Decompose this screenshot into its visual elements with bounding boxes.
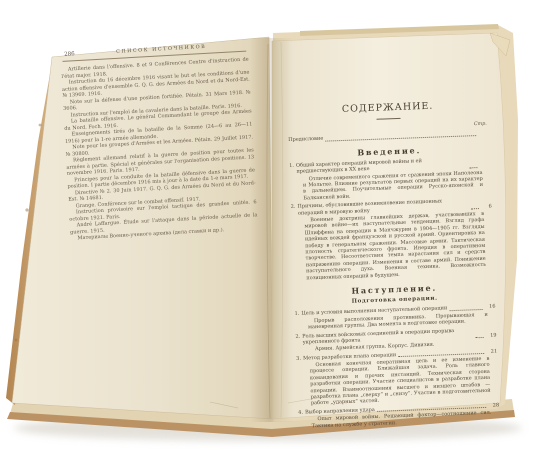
dot-leader [325,135,476,142]
right-page: СОДЕРЖАНИЕ. Стр. Предисловие Введение. 1… [287,99,500,432]
toc-item-page: 16 [484,304,495,311]
dot-leader [471,208,479,209]
toc-item: 2.Причины, обусловившие возникновение по… [291,197,495,282]
toc-item-annotation: Военные доктрины главнейших держав, учас… [304,211,486,281]
dot-leader [469,167,477,168]
preface-label: Предисловие [288,136,323,144]
toc-item-page: 6 [481,203,492,210]
title-rule [376,118,400,120]
toc-item-page: 28 [488,402,499,409]
book-photo: 286 СПИСОК ИСТОЧНИКОВ Artillerie dans l'… [0,0,550,450]
toc-item-page: 21 [486,348,497,355]
dot-leader [476,337,484,338]
toc-item: 3.Метод разработки плана операции 21 Осн… [296,348,499,407]
left-page: 286 СПИСОК ИСТОЧНИКОВ Artillerie dans l'… [60,41,264,242]
toc-item-annotation: Основная конечная оперативная цель и ее … [309,356,491,407]
page-number: 286 [64,51,75,59]
dot-leader [449,309,482,311]
toc-item-page: 19 [485,332,496,339]
toc-item-annotation: Отличие современного сражения от сражени… [303,170,484,202]
toc-item: 1.Общий характер операций мировой войны … [289,156,491,203]
